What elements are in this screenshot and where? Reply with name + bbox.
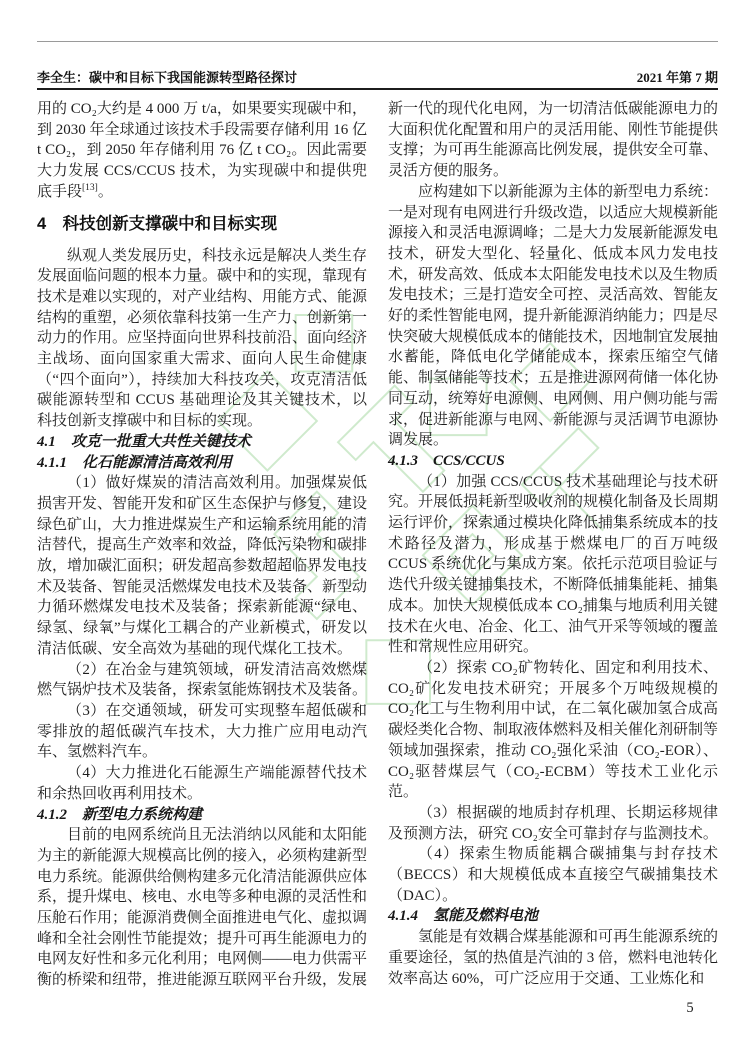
header-top-rule xyxy=(37,41,718,42)
text-run: （1）加强 CCS/CCUS 技术基础理论与技术研究。开展低损耗新型吸收剂的规模… xyxy=(388,474,718,656)
paragraph: （4）探索生物质能耦合碳捕集与封存技术（BECCS）和大规模低成本直接空气碳捕集… xyxy=(388,844,718,906)
paragraph: 目前的电网系统尚且无法消纳以风能和太阳能为主的新能源大规模高比例的接入，必须构建… xyxy=(37,825,367,991)
section-heading: 4 科技创新支撑碳中和目标实现 xyxy=(37,213,367,235)
text-run: 氢能是有效耦合煤基能源和可再生能源系统的重要途径，氢的热值是汽油的 3 倍，燃料… xyxy=(388,929,718,986)
citation-superscript: [13] xyxy=(82,183,98,193)
text-run: 4.1 攻克一批重大共性关键技术 xyxy=(37,434,251,450)
text-run: （4）大力推进化石能源生产端能源替代技术和余热回收再利用技术。 xyxy=(37,765,367,802)
text-run: 。 xyxy=(98,184,113,200)
paragraph: （3）根据碳的地质封存机理、长期运移规律及预测方法，研究 CO₂安全可靠封存与监… xyxy=(388,803,718,844)
header-bottom-rule xyxy=(37,88,718,90)
paragraph: （1）加强 CCS/CCUS 技术基础理论与技术研究。开展低损耗新型吸收剂的规模… xyxy=(388,472,718,658)
paragraph: 氢能是有效耦合煤基能源和可再生能源系统的重要途径，氢的热值是汽油的 3 倍，燃料… xyxy=(388,927,718,989)
text-run: 4.1.2 新型电力系统构建 xyxy=(37,807,202,823)
paragraph: （2）探索 CO₂矿物转化、固定和利用技术、CO₂矿化发电技术研究；开展多个万吨… xyxy=(388,658,718,803)
column-right: 新一代的现代化电网，为一切清洁低碳能源电力的大面积优化配置和用户的灵活用能、刚性… xyxy=(388,99,718,991)
text-run: 4.1.4 氢能及燃料电池 xyxy=(388,908,538,924)
text-run: 目前的电网系统尚且无法消纳以风能和太阳能为主的新能源大规模高比例的接入，必须构建… xyxy=(37,827,367,988)
text-run: 4.1.3 CCS/CCUS xyxy=(388,453,505,469)
text-run: （3）在交通领域，研发可实现整车超低碳和零排放的超低碳汽车技术，大力推广应用电动… xyxy=(37,703,367,760)
paragraph: （3）在交通领域，研发可实现整车超低碳和零排放的超低碳汽车技术，大力推广应用电动… xyxy=(37,701,367,763)
journal-page: 李全生：碳中和目标下我国能源转型路径探讨 2021 年第 7 期 用的 CO₂大… xyxy=(0,0,754,1056)
running-header-issue: 2021 年第 7 期 xyxy=(637,67,718,86)
text-run: （2）在冶金与建筑领域，研发清洁高效燃煤燃气锅炉技术及装备，探索氢能炼钢技术及装… xyxy=(37,662,367,699)
text-run: 4 科技创新支撑碳中和目标实现 xyxy=(37,215,277,233)
paragraph: （4）大力推进化石能源生产端能源替代技术和余热回收再利用技术。 xyxy=(37,763,367,804)
section-heading: 4.1.2 新型电力系统构建 xyxy=(37,805,367,826)
section-heading: 4.1 攻克一批重大共性关键技术 xyxy=(37,432,367,453)
paragraph: 纵观人类发展历史，科技永远是解决人类生存发展面临问题的根本力量。碳中和的实现，靠… xyxy=(37,246,367,432)
text-run: （3）根据碳的地质封存机理、长期运移规律及预测方法，研究 CO₂安全可靠封存与监… xyxy=(388,805,718,842)
text-run: （2）探索 CO₂矿物转化、固定和利用技术、CO₂矿化发电技术研究；开展多个万吨… xyxy=(388,660,718,800)
paragraph: 新一代的现代化电网，为一切清洁低碳能源电力的大面积优化配置和用户的灵活用能、刚性… xyxy=(388,99,718,182)
text-run: 应构建如下以新能源为主体的新型电力系统：一是对现有电网进行升级改造，以适应大规模… xyxy=(388,184,718,448)
section-heading: 4.1.1 化石能源清洁高效利用 xyxy=(37,453,367,474)
text-run: 新一代的现代化电网，为一切清洁低碳能源电力的大面积优化配置和用户的灵活用能、刚性… xyxy=(388,101,718,179)
text-run: （1）做好煤炭的清洁高效利用。加强煤炭低损害开发、智能开发和矿区生态保护与修复，… xyxy=(37,475,367,657)
text-run: 纵观人类发展历史，科技永远是解决人类生存发展面临问题的根本力量。碳中和的实现，靠… xyxy=(37,248,367,430)
text-run: 4.1.1 化石能源清洁高效利用 xyxy=(37,455,232,471)
section-heading: 4.1.4 氢能及燃料电池 xyxy=(388,906,718,927)
paragraph: 用的 CO₂大约是 4 000 万 t/a，如果要实现碳中和，到 2030 年全… xyxy=(37,99,367,203)
running-header-title: 李全生：碳中和目标下我国能源转型路径探讨 xyxy=(37,67,297,86)
text-run: （4）探索生物质能耦合碳捕集与封存技术（BECCS）和大规模低成本直接空气碳捕集… xyxy=(388,846,718,903)
running-header: 李全生：碳中和目标下我国能源转型路径探讨 2021 年第 7 期 xyxy=(37,66,718,86)
paragraph: （1）做好煤炭的清洁高效利用。加强煤炭低损害开发、智能开发和矿区生态保护与修复，… xyxy=(37,473,367,659)
article-body: 用的 CO₂大约是 4 000 万 t/a，如果要实现碳中和，到 2030 年全… xyxy=(37,99,718,991)
page-number: 5 xyxy=(676,1000,704,1017)
paragraph: 应构建如下以新能源为主体的新型电力系统：一是对现有电网进行升级改造，以适应大规模… xyxy=(388,182,718,451)
column-left: 用的 CO₂大约是 4 000 万 t/a，如果要实现碳中和，到 2030 年全… xyxy=(37,99,367,991)
paragraph: （2）在冶金与建筑领域，研发清洁高效燃煤燃气锅炉技术及装备，探索氢能炼钢技术及装… xyxy=(37,660,367,701)
section-heading: 4.1.3 CCS/CCUS xyxy=(388,451,718,472)
